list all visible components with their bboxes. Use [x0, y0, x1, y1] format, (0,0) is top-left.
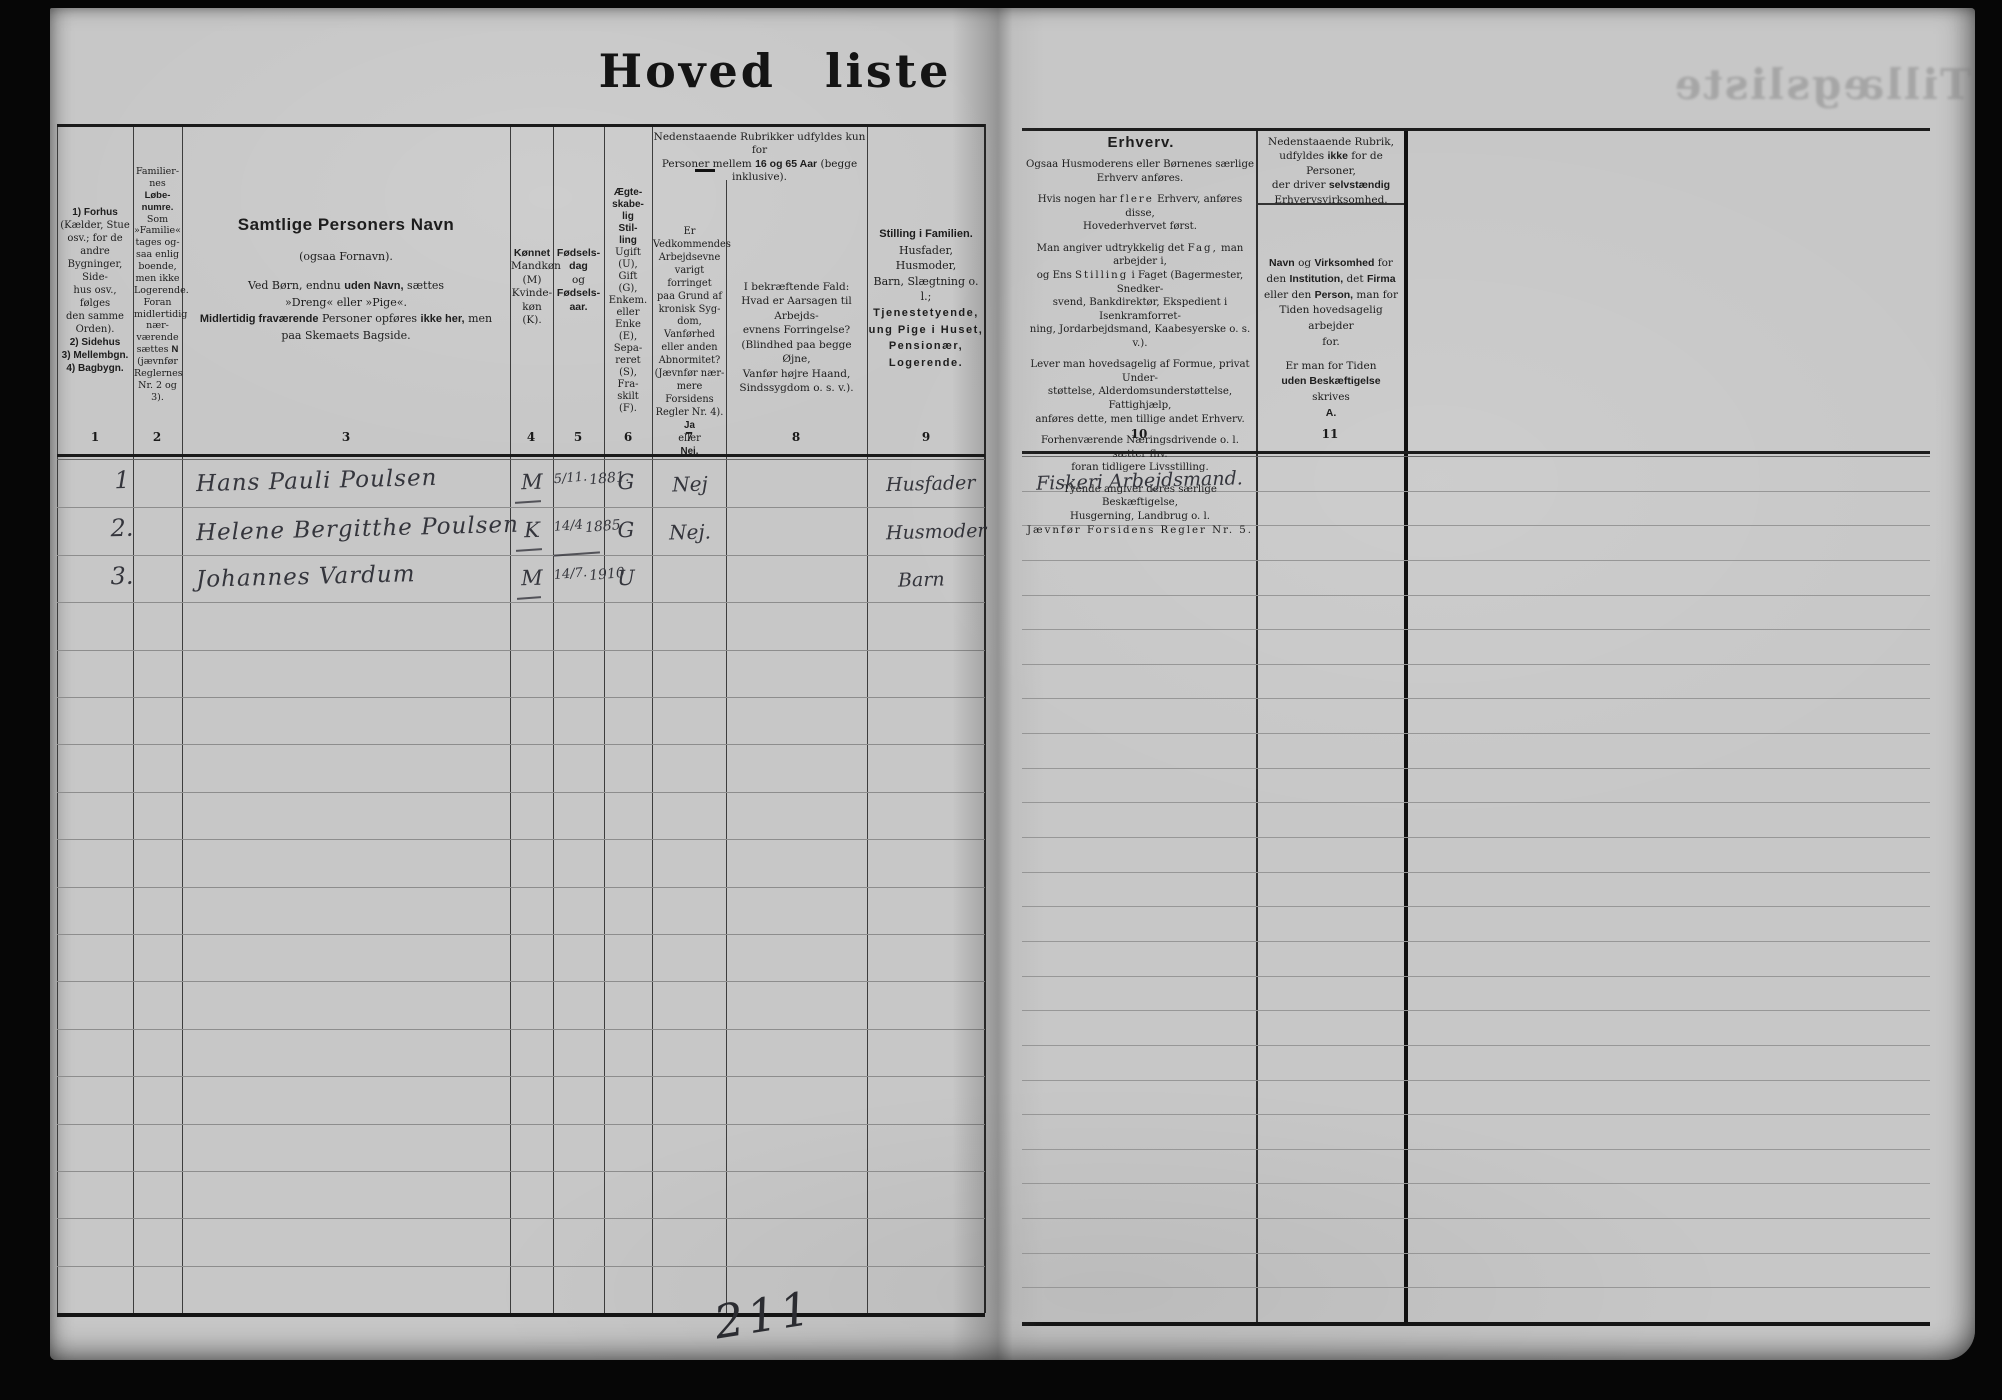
row1-sex: M	[512, 469, 553, 494]
column-header-work-ability: ErVedkommendesArbejdsevnevarigt forringe…	[653, 226, 726, 459]
text-paragraph: Er man for Tidenuden Beskæftigelseskrive…	[1260, 359, 1402, 422]
grid-line	[57, 1266, 985, 1267]
text-paragraph: Lever man hovedsagelig af Formue, privat…	[1026, 358, 1254, 426]
grid-line	[1022, 733, 1930, 734]
grid-line	[57, 744, 985, 745]
grid-line	[1022, 872, 1930, 873]
grid-line	[57, 697, 985, 698]
grid-line	[1022, 1149, 1930, 1150]
column-number-5: 5	[574, 430, 582, 444]
text-paragraph: Ægte-skabe-ligStil-lingUgift(U),Gift(G),…	[605, 187, 651, 415]
column-number-8: 8	[792, 430, 800, 444]
grid-line	[57, 1171, 985, 1172]
grid-line	[57, 459, 985, 460]
grid-line	[57, 792, 985, 793]
grid-line	[1022, 1010, 1930, 1011]
grid-line	[57, 650, 985, 651]
column-number-6: 6	[624, 430, 632, 444]
grid-line	[1022, 1287, 1930, 1288]
page-title: Hoved liste	[0, 44, 1550, 98]
grid-line	[1022, 1322, 1930, 1326]
text-paragraph: Hvis nogen har flere Erhverv, anføres di…	[1026, 193, 1254, 234]
grid-line	[57, 1124, 985, 1125]
text-paragraph: Ogsaa Husmoderens eller Børnenes særlige…	[1026, 158, 1254, 185]
text-paragraph: Man angiver udtrykkelig det Fag, man arb…	[1026, 242, 1254, 351]
row3-sex: M	[512, 565, 553, 590]
row1-running-number: 1	[100, 465, 145, 494]
bleed-through-text: Tillægsliste	[1652, 60, 1992, 109]
grid-line	[1022, 128, 1930, 131]
grid-line	[57, 1076, 985, 1077]
grid-line	[1022, 698, 1930, 699]
grid-line	[1404, 128, 1408, 1322]
grid-line	[1022, 1045, 1930, 1046]
column-number-4: 4	[527, 430, 535, 444]
grid-line	[57, 839, 985, 840]
grid-line	[57, 1313, 985, 1317]
grid-line	[57, 555, 985, 556]
grid-line	[1022, 768, 1930, 769]
text-paragraph: Ved Børn, endnu uden Navn, sættes»Dreng«…	[183, 278, 509, 344]
column-header-name-title: Samtlige Personers Navn	[183, 214, 509, 236]
text-paragraph: KønnetMandkøn(M)Kvinde-køn(K).	[511, 247, 553, 328]
grid-line	[1022, 976, 1930, 977]
column-header-occupation-title: Erhverv.	[1030, 133, 1252, 152]
row3-family-position: Barn	[898, 568, 945, 591]
grid-line	[57, 602, 985, 603]
grid-line	[57, 454, 985, 457]
column-header-name-subtitle: (ogsaa Fornavn).	[183, 250, 509, 264]
text-paragraph: 1) Forhus(Kælder, Stueosv.; for de andre…	[59, 206, 131, 375]
grid-line	[1022, 560, 1930, 561]
grid-line	[1022, 1183, 1930, 1184]
grid-line	[57, 1218, 985, 1219]
column-header-work-cause: I bekræftende Fald:Hvad er Aarsagen til …	[727, 280, 866, 396]
column-header-birthdate: Fødsels-dagogFødsels-aar.	[554, 247, 603, 314]
text-paragraph: Navn og Virksomhed forden Institution, d…	[1260, 256, 1402, 351]
column-number-9: 9	[922, 430, 930, 444]
row3-marital-status: U	[606, 565, 647, 590]
column-header-sex: KønnetMandkøn(M)Kvinde-køn(K).	[511, 247, 553, 328]
text-paragraph: Nedenstaaende Rubrikker udfyldes kun for…	[653, 131, 866, 185]
text-paragraph: Nedenstaaende Rubrik,udfyldes ikke for d…	[1260, 135, 1402, 207]
scanned-census-sheet: Hoved liste Tillægsliste 1) Forhus(Kælde…	[0, 0, 2002, 1400]
grid-line	[1022, 595, 1930, 596]
grid-line	[1022, 1114, 1930, 1115]
grid-line	[1022, 1218, 1930, 1219]
row2-running-number: 2.	[100, 513, 145, 542]
row2-work-ability: Nej.	[658, 519, 723, 545]
page-fold-shadow	[952, 8, 1044, 1360]
column-header-employer-note: Nedenstaaende Rubrik,udfyldes ikke for d…	[1260, 135, 1402, 207]
text-paragraph: ErVedkommendesArbejdsevnevarigt forringe…	[653, 226, 726, 459]
grid-line	[1022, 802, 1930, 803]
text-paragraph: Fødsels-dagogFødsels-aar.	[554, 247, 603, 314]
grid-line	[57, 124, 985, 127]
grid-line	[57, 887, 985, 888]
column-header-age-span-note: Nedenstaaende Rubrikker udfyldes kun for…	[653, 131, 866, 185]
text-paragraph: I bekræftende Fald:Hvad er Aarsagen til …	[727, 280, 866, 396]
grid-line	[57, 981, 985, 982]
grid-line	[1022, 1253, 1930, 1254]
row2-sex: K	[512, 517, 553, 542]
grid-line	[57, 1029, 985, 1030]
column-header-building: 1) Forhus(Kælder, Stueosv.; for de andre…	[59, 206, 131, 375]
column-header-marital-status: Ægte-skabe-ligStil-lingUgift(U),Gift(G),…	[605, 187, 651, 415]
text-paragraph: Familier-nesLøbe-numre.Som»Familie«tages…	[134, 166, 181, 404]
grid-line	[1022, 1080, 1930, 1081]
grid-line	[1256, 128, 1258, 1322]
grid-line	[1022, 629, 1930, 630]
row2-marital-status: G	[606, 517, 647, 542]
column-number-2: 2	[153, 430, 161, 444]
column-header-employer-main: Navn og Virksomhed forden Institution, d…	[1260, 256, 1402, 422]
column-number-3: 3	[342, 430, 350, 444]
grid-line	[1022, 941, 1930, 942]
column-header-name-body: Ved Børn, endnu uden Navn, sættes»Dreng«…	[183, 278, 509, 344]
column-number-7: 7	[685, 430, 693, 444]
grid-line	[1022, 906, 1930, 907]
column-header-family-number: Familier-nesLøbe-numre.Som»Familie«tages…	[134, 166, 181, 404]
grid-line	[1022, 837, 1930, 838]
row1-work-ability: Nej	[658, 471, 723, 497]
column-number-10: 10	[1131, 427, 1148, 441]
row3-running-number: 3.	[100, 561, 145, 590]
column-number-11: 11	[1322, 427, 1339, 441]
grid-line	[1022, 664, 1930, 665]
grid-line	[57, 507, 985, 508]
grid-line	[57, 934, 985, 935]
column-number-1: 1	[91, 430, 99, 444]
grid-line	[57, 124, 58, 1313]
row1-marital-status: G	[606, 469, 647, 494]
